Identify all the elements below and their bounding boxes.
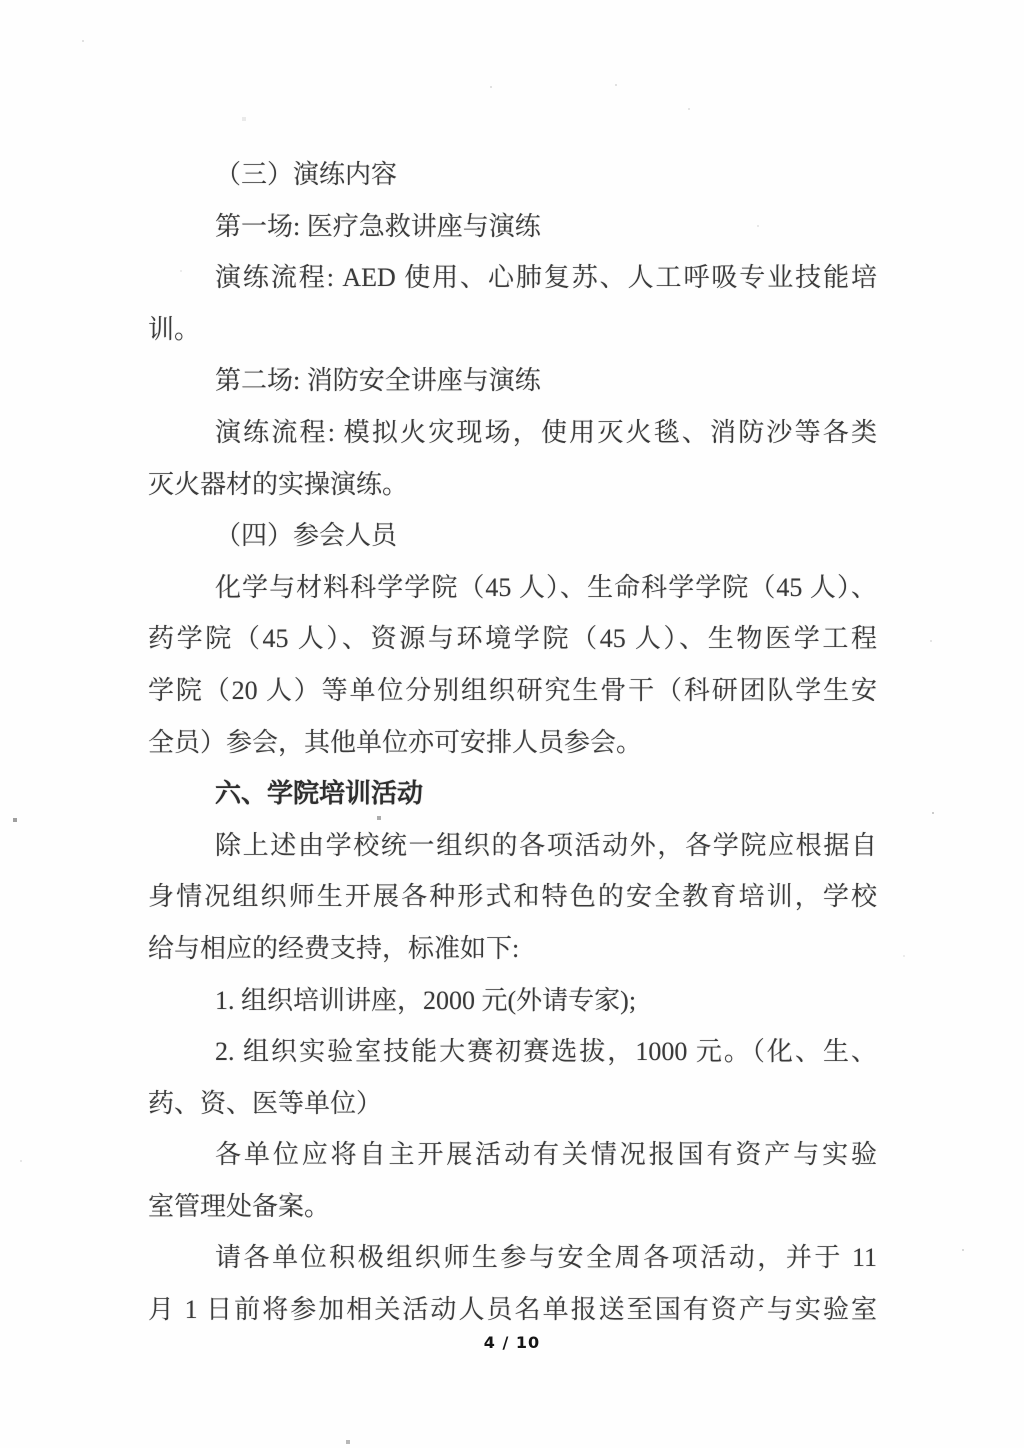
text-line: （四）参会人员 <box>148 510 877 562</box>
text-line: 各单位应将自主开展活动有关情况报国有资产与实验 <box>148 1129 877 1181</box>
text-line: 药学院（45 人）、资源与环境学院（45 人）、生物医学工程 <box>148 613 877 665</box>
text-line: 1. 组织培训讲座，2000 元(外请专家); <box>148 975 877 1027</box>
text-line: 演练流程: AED 使用、心肺复苏、人工呼吸专业技能培 <box>148 252 877 304</box>
text-line: 给与相应的经费支持，标准如下: <box>148 923 877 975</box>
text-line: 2. 组织实验室技能大赛初赛选拔，1000 元。（化、生、 <box>148 1026 877 1078</box>
text-line: 灭火器材的实操演练。 <box>148 459 877 511</box>
text-line: 第一场: 医疗急救讲座与演练 <box>148 201 877 253</box>
document-page: （三）演练内容第一场: 医疗急救讲座与演练演练流程: AED 使用、心肺复苏、人… <box>0 0 1024 1448</box>
document-body: （三）演练内容第一场: 医疗急救讲座与演练演练流程: AED 使用、心肺复苏、人… <box>148 149 877 1336</box>
text-line: 除上述由学校统一组织的各项活动外，各学院应根据自 <box>148 820 877 872</box>
page-number-indicator: 4 / 10 <box>0 1333 1024 1352</box>
text-line: 室管理处备案。 <box>148 1181 877 1233</box>
text-line: 第二场: 消防安全讲座与演练 <box>148 355 877 407</box>
section-heading: 六、学院培训活动 <box>148 768 877 820</box>
text-line: 月 1 日前将参加相关活动人员名单报送至国有资产与实验室 <box>148 1284 877 1336</box>
document-lines: （三）演练内容第一场: 医疗急救讲座与演练演练流程: AED 使用、心肺复苏、人… <box>148 149 877 1336</box>
text-line: 演练流程: 模拟火灾现场，使用灭火毯、消防沙等各类 <box>148 407 877 459</box>
text-line: 训。 <box>148 304 877 356</box>
text-line: 全员）参会，其他单位亦可安排人员参会。 <box>148 717 877 769</box>
text-line: 身情况组织师生开展各种形式和特色的安全教育培训，学校 <box>148 871 877 923</box>
text-line: 请各单位积极组织师生参与安全周各项活动，并于 11 <box>148 1232 877 1284</box>
text-line: （三）演练内容 <box>148 149 877 201</box>
text-line: 学院（20 人）等单位分别组织研究生骨干（科研团队学生安 <box>148 665 877 717</box>
scan-noise-speckles <box>0 0 2 2</box>
text-line: 化学与材料科学学院（45 人）、生命科学学院（45 人）、 <box>148 562 877 614</box>
text-line: 药、资、医等单位） <box>148 1078 877 1130</box>
